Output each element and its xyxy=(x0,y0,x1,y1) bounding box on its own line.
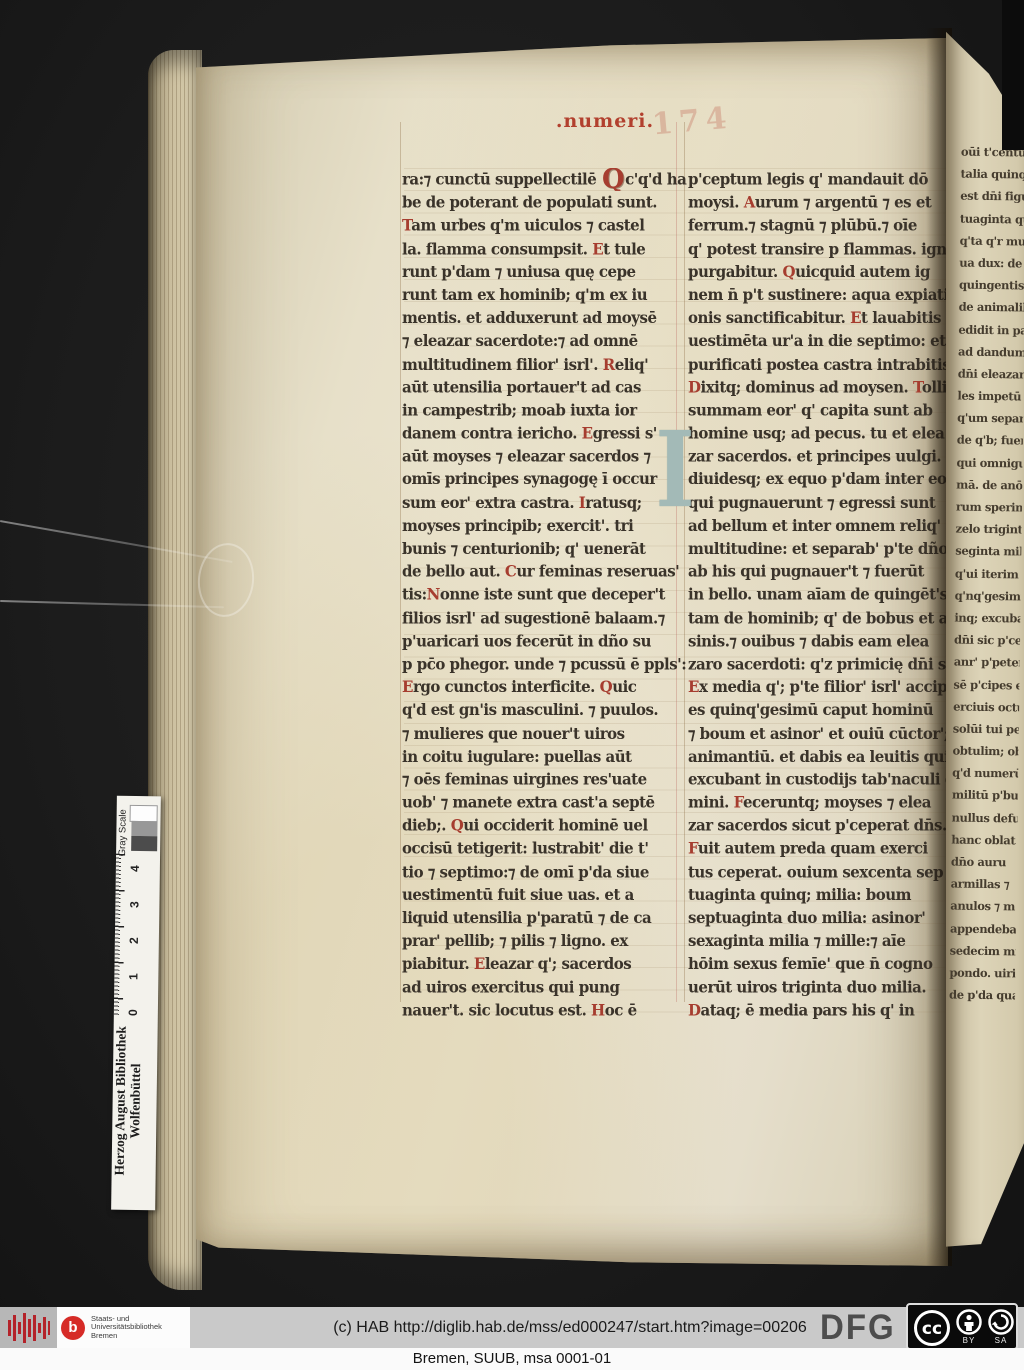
manuscript-line: ⁊ mulieres que nouer't uiros xyxy=(402,722,690,745)
manuscript-line: prar' pellib; ⁊ pilis ⁊ ligno. ex xyxy=(402,929,690,952)
manuscript-line: q'd numerū xyxy=(952,763,1018,786)
manuscript-line: armillas ⁊ xyxy=(950,874,1016,897)
bremen-logo-text: Staats- und Universitätsbibliothek Breme… xyxy=(91,1315,162,1341)
rubricated-letter: I xyxy=(579,493,586,512)
cc-icon: cc xyxy=(913,1309,951,1347)
blue-initial-I: I xyxy=(656,414,677,530)
manuscript-line: appendeba xyxy=(950,918,1016,941)
ruler-number: 3 xyxy=(127,894,141,908)
manuscript-line: de p'da qua xyxy=(949,985,1015,1005)
manuscript-line: dn̄i eleazaro sa xyxy=(958,363,1024,386)
rubricated-letter: T xyxy=(913,378,922,397)
grayscale-patch-white xyxy=(130,805,158,822)
manuscript-line: aūt utensilia portauer't ad cas xyxy=(402,376,690,399)
manuscript-line: dn̄i sic p'cepat d xyxy=(954,630,1020,653)
manuscript-line: dieb;. Qui occiderit hominē uel xyxy=(402,814,690,837)
copyright-url: (c) HAB http://diglib.hab.de/mss/ed00024… xyxy=(300,1307,840,1348)
cc-by-label: BY xyxy=(956,1336,982,1345)
ruler-number: 2 xyxy=(127,930,141,944)
manuscript-line: tis:Nonne iste sunt que deceper't xyxy=(402,583,690,606)
manuscript-line: ua dux: de asinis xyxy=(959,253,1024,276)
manuscript-line: de bello aut. Cur feminas reseruas' xyxy=(402,560,690,583)
grayscale-patch-mid xyxy=(131,821,157,836)
manuscript-line: piabitur. Eleazar q'; sacerdos xyxy=(402,953,690,976)
rubricated-letter: F xyxy=(688,839,698,858)
rubricated-letter: R xyxy=(603,355,615,374)
manuscript-line: bunis ⁊ centurionib; q' uenerāt xyxy=(402,537,690,560)
suub-bars-icon xyxy=(7,1311,51,1345)
manuscript-line: moyses principib; exercit'. tri xyxy=(402,514,690,537)
manuscript-line: quingentis asini xyxy=(959,275,1024,298)
manuscript-line: q'ui iterim mul xyxy=(955,563,1021,586)
manuscript-line: edidit in patrē dn̄i xyxy=(958,319,1024,342)
rubricated-letter: E xyxy=(850,309,861,328)
cc-sa-icon xyxy=(988,1309,1014,1335)
manuscript-line: anr' p'peter ex xyxy=(954,652,1020,675)
manuscript-line: uestimentū fuit siue uas. et a xyxy=(402,883,690,906)
ruling-line xyxy=(400,122,401,1002)
manuscript-line: obtulim; ob xyxy=(952,741,1018,764)
manuscript-line: erciuis octurno xyxy=(953,696,1019,719)
manuscript-line: q'd est gn'is masculini. ⁊ puulos. xyxy=(402,699,690,722)
manuscript-line: les impetū ex xyxy=(957,386,1023,409)
manuscript-line: nullus defuit xyxy=(951,807,1017,830)
manuscript-line: omīs principes synagogę ī occur xyxy=(402,468,690,491)
manuscript-line: q'nq'gesimū cet xyxy=(955,585,1021,608)
manuscript-line: q'um separan xyxy=(957,408,1023,431)
manuscript-line: la. flamma consumpsit. Et tule xyxy=(402,237,690,260)
manuscript-line: p pc̄o phegor. unde ⁊ pcussū ē ppls': xyxy=(402,653,690,676)
manuscript-line: mā. de anō xyxy=(956,474,1022,497)
dfg-logo: DFG xyxy=(820,1303,896,1347)
faded-folio-marks: 174 xyxy=(651,101,734,143)
ruler-numbers: 43210 xyxy=(117,796,161,797)
manuscript-line: zelo triginta s xyxy=(955,519,1021,542)
manuscript-line: Ergo cunctos interficite. Quic xyxy=(402,676,690,699)
manuscript-line: est dn̄i figurat' xyxy=(960,186,1024,209)
manuscript-line: ad uiros exercitus qui pung xyxy=(402,976,690,999)
rubricated-letter: E xyxy=(688,678,699,697)
manuscript-line: filios isrl' ad sugestionē balaam.⁊ xyxy=(402,606,690,629)
manuscript-line: de q'b; fuerūt xyxy=(957,430,1023,453)
rubricated-letter: Q xyxy=(600,678,613,697)
bremen-logo: b Staats- und Universitätsbibliothek Bre… xyxy=(57,1307,190,1348)
manuscript-line: be de poterant de populati sunt. xyxy=(402,191,690,214)
manuscript-line: de animalib; hōm xyxy=(959,297,1024,320)
rubricated-letter: C xyxy=(505,562,516,581)
rubricated-letter: E xyxy=(474,955,485,974)
manuscript-line: rum sperim mi xyxy=(956,497,1022,520)
manuscript-line: mentis. et adduxerunt ad moysē xyxy=(402,306,690,329)
bremen-text-line3: Bremen xyxy=(91,1332,162,1341)
rubricated-letter: T xyxy=(402,216,411,235)
library-label-line1: Herzog August Bibliothek xyxy=(111,1018,128,1184)
rubricated-letter: Q xyxy=(783,262,796,281)
manuscript-line: q'ta q'r mulieb' xyxy=(959,230,1024,253)
manuscript-line: aūt moyses ⁊ eleazar sacerdos ⁊ xyxy=(402,445,690,468)
manuscript-line: ra:⁊ cunctū suppellectilē Qc'q'd ha xyxy=(402,168,690,191)
recto-page-sliver: oūi t'centūtalia quinquag'est dn̄i figur… xyxy=(946,22,1024,1254)
shelfmark-caption: Bremen, SUUB, msa 0001-01 xyxy=(0,1348,1024,1370)
rubricated-letter: E xyxy=(402,678,413,697)
manuscript-line: tio ⁊ septimo:⁊ de omī p'da siue xyxy=(402,860,690,883)
manuscript-line: liquid utensilia p'paratū ⁊ de ca xyxy=(402,906,690,929)
footer-bar: b Staats- und Universitätsbibliothek Bre… xyxy=(0,1307,1024,1348)
ruler-number: 1 xyxy=(126,966,140,980)
cc-sa-label: SA xyxy=(988,1336,1014,1345)
manuscript-line: militū p'bu xyxy=(952,785,1018,808)
manuscript-line: nauer't. sic locutus est. Hoc ē xyxy=(402,999,690,1022)
manuscript-line: multitudinem filior' isrl'. Reliq' xyxy=(402,353,690,376)
rubricated-letter: D xyxy=(688,1001,701,1020)
manuscript-line: in coitu iugulare: puellas aūt xyxy=(402,745,690,768)
rubricated-letter: N xyxy=(427,585,440,604)
manuscript-line: anulos ⁊ m xyxy=(950,896,1016,919)
manuscript-line: Tam urbes q'm uiculos ⁊ castel xyxy=(402,214,690,237)
manuscript-line: qui omnigu xyxy=(956,452,1022,475)
manuscript-line: solūi tui pecc xyxy=(953,718,1019,741)
manuscript-line: uob' ⁊ manete extra cast'a septē xyxy=(402,791,690,814)
svg-text:cc: cc xyxy=(922,1319,942,1339)
manuscript-line: dn̄o auru xyxy=(951,852,1017,875)
library-label-line2: Wolfenbüttel xyxy=(126,1018,143,1184)
manuscript-line: talia quinquag' xyxy=(960,164,1024,187)
rubricated-initial: Q xyxy=(601,168,625,191)
manuscript-line: inq; excubab xyxy=(954,607,1020,630)
manuscript-line: sē p'cipes exer xyxy=(953,674,1019,697)
manuscript-line: ⁊ oēs feminas uirgines res'uate xyxy=(402,768,690,791)
ruler-number: 0 xyxy=(126,1002,140,1016)
bremen-logo-circle: b xyxy=(61,1316,85,1340)
library-label: Herzog August Bibliothek Wolfenbüttel xyxy=(111,1018,157,1185)
manuscript-line: occisū tetigerit: lustrabit' die t' xyxy=(402,837,690,860)
rubricated-letter: D xyxy=(688,378,701,397)
cc-license-box: cc BY SA xyxy=(906,1303,1018,1350)
suub-bars-logo xyxy=(0,1307,57,1348)
manuscript-line: runt p'dam ⁊ uniusa quę cepe xyxy=(402,260,690,283)
ruler-number: 4 xyxy=(128,858,142,872)
rubricated-letter: E xyxy=(592,239,603,258)
manuscript-line: pondo. uiri xyxy=(949,962,1015,985)
ruler-ticks-major xyxy=(114,854,125,1016)
grayscale-patch-dark xyxy=(131,836,157,851)
manuscript-line: sedecim mi xyxy=(950,940,1016,963)
grayscale-ruler: Gray Scale 43210 Herzog August Bibliothe… xyxy=(111,796,161,1211)
manuscript-line: sum eor' extra castra. Iratusq; xyxy=(402,491,690,514)
recto-text-fragments: oūi t'centūtalia quinquag'est dn̄i figur… xyxy=(949,142,1024,1005)
rubricated-letter: A xyxy=(744,193,755,212)
rubricated-letter: H xyxy=(591,1001,605,1020)
manuscript-line: tuaginta quīq; xyxy=(960,208,1024,231)
manuscript-line: hanc oblat xyxy=(951,829,1017,852)
rubricated-letter: F xyxy=(734,793,743,812)
manuscript-line: ad dandum moysi xyxy=(958,341,1024,364)
manuscript-line: seginta milib; xyxy=(955,541,1021,564)
manuscript-line: in campestrib; moab iuxta ior xyxy=(402,399,690,422)
rubricated-letter: E xyxy=(582,424,593,443)
rubricated-letter: Q xyxy=(451,816,464,835)
cc-by-icon xyxy=(956,1309,982,1335)
manuscript-line: danem contra iericho. Egressi s' xyxy=(402,422,690,445)
manuscript-line: ⁊ eleazar sacerdote:⁊ ad omnē xyxy=(402,330,690,353)
text-column-left: ra:⁊ cunctū suppellectilē Qc'q'd habe de… xyxy=(402,168,690,1022)
manuscript-line: runt tam ex hominib; q'm ex iu xyxy=(402,283,690,306)
manuscript-line: p'uaricari uos fecerūt in dño su xyxy=(402,630,690,653)
background-shadow xyxy=(1002,0,1024,150)
photo-background: .numeri. 174 ra:⁊ cunctū suppellectilē Q… xyxy=(0,0,1024,1370)
